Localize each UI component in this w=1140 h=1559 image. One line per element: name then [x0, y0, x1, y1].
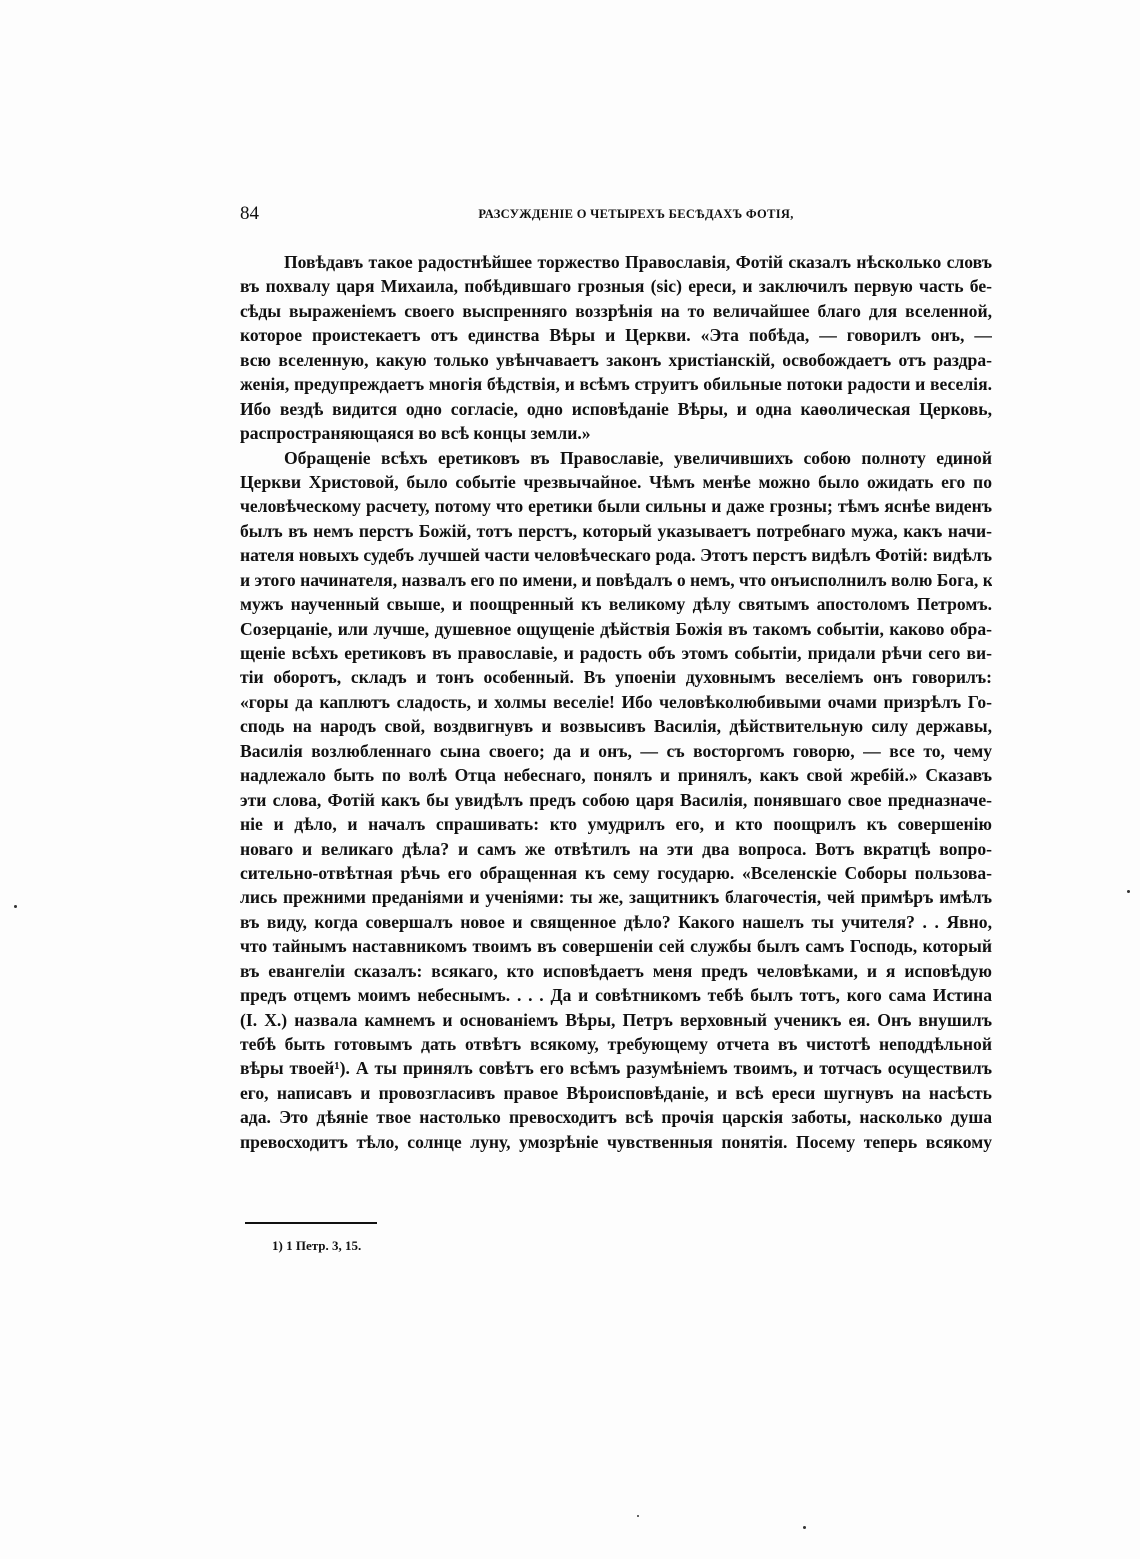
text-line: предъ отцемъ моимъ небеснымъ. . . . Да и… — [240, 983, 992, 1007]
text-line: превосходитъ тѣло, солнце луну, умозрѣні… — [240, 1130, 992, 1154]
text-line: тебѣ быть готовымъ дать отвѣтъ всякому, … — [240, 1032, 992, 1056]
text-line: сподь на народъ свой, воздвигнувъ и возв… — [240, 714, 992, 738]
text-line: Церкви Христовой, было событіе чрезвычай… — [240, 470, 992, 494]
text-line: Василія возлюбленнаго сына своего; да и … — [240, 739, 992, 763]
text-line: Созерцаніе, или лучше, душевное ощущеніе… — [240, 617, 992, 641]
text-line: распространяющаяся во всѣ концы земли.» — [240, 421, 992, 445]
text-line: новаго и великаго дѣла? и самъ же отвѣти… — [240, 837, 992, 861]
footnote: 1) 1 Петр. 3, 15. — [272, 1238, 361, 1254]
scan-speck — [1127, 890, 1130, 893]
text-line: мужъ наученный свыше, и поощренный къ ве… — [240, 592, 992, 616]
text-line: въ евангеліи сказалъ: всякаго, кто испов… — [240, 959, 992, 983]
text-line: сѣды выраженіемъ своего выспренняго возз… — [240, 299, 992, 323]
footnote-rule — [245, 1222, 377, 1224]
document-page: 84 РАЗСУЖДЕНІЕ О ЧЕТЫРЕХЪ БЕСѢДАХЪ ФОТІЯ… — [0, 0, 1140, 1559]
paragraph: Обращеніе всѣхъ еретиковъ въ Православіе… — [240, 446, 992, 1155]
text-line: нателя новыхъ судебъ лучшей части человѣ… — [240, 543, 992, 567]
body-text: Повѣдавъ такое радостнѣйшее торжество Пр… — [240, 250, 992, 1154]
text-line: былъ въ немъ перстъ Божій, тотъ перстъ, … — [240, 519, 992, 543]
running-title: РАЗСУЖДЕНІЕ О ЧЕТЫРЕХЪ БЕСѢДАХЪ ФОТІЯ, — [240, 207, 992, 222]
scan-speck — [803, 1526, 806, 1529]
text-line: въ виду, когда совершалъ новое и священн… — [240, 910, 992, 934]
text-line: щеніе всѣхъ еретиковъ въ православіе, и … — [240, 641, 992, 665]
text-line: эти слова, Фотій какъ бы увидѣлъ предъ с… — [240, 788, 992, 812]
text-line: человѣческому расчету, потому что еретик… — [240, 494, 992, 518]
scan-speck — [637, 1515, 639, 1517]
text-line: его, написавъ и провозгласивъ правое Вѣр… — [240, 1081, 992, 1105]
text-line: лись прежними преданіями и ученіями: ты … — [240, 885, 992, 909]
text-line: сительно-отвѣтная рѣчь его обращенная къ… — [240, 861, 992, 885]
text-line: «горы да каплютъ сладость, и холмы весел… — [240, 690, 992, 714]
text-line: что тайнымъ наставникомъ твоимъ въ совер… — [240, 934, 992, 958]
text-line: Повѣдавъ такое радостнѣйшее торжество Пр… — [240, 250, 992, 274]
text-line: тіи оборотъ, складъ и тонъ особенный. Въ… — [240, 665, 992, 689]
text-line: вѣры твоей¹). А ты принялъ совѣтъ его вс… — [240, 1056, 992, 1080]
paragraph: Повѣдавъ такое радостнѣйшее торжество Пр… — [240, 250, 992, 446]
text-line: и этого начинателя, назвалъ его по имени… — [240, 568, 992, 592]
text-line: которое проистекаетъ отъ единства Вѣры и… — [240, 323, 992, 347]
text-line: въ похвалу царя Михаила, побѣдившаго гро… — [240, 274, 992, 298]
text-line: Обращеніе всѣхъ еретиковъ въ Православіе… — [240, 446, 992, 470]
text-line: ніе и дѣло, и началъ спрашивать: кто уму… — [240, 812, 992, 836]
scan-speck — [14, 905, 17, 908]
running-head: 84 РАЗСУЖДЕНІЕ О ЧЕТЫРЕХЪ БЕСѢДАХЪ ФОТІЯ… — [240, 203, 992, 227]
text-line: всю вселенную, какую только увѣнчаваетъ … — [240, 348, 992, 372]
text-line: (І. Х.) назвала камнемъ и основаніемъ Вѣ… — [240, 1008, 992, 1032]
text-line: женія, предупреждаетъ многія бѣдствія, и… — [240, 372, 992, 396]
text-line: надлежало быть по волѣ Отца небеснаго, п… — [240, 763, 992, 787]
text-line: ада. Это дѣяніе твое настолько превосход… — [240, 1105, 992, 1129]
text-line: Ибо вездѣ видится одно согласіе, одно ис… — [240, 397, 992, 421]
